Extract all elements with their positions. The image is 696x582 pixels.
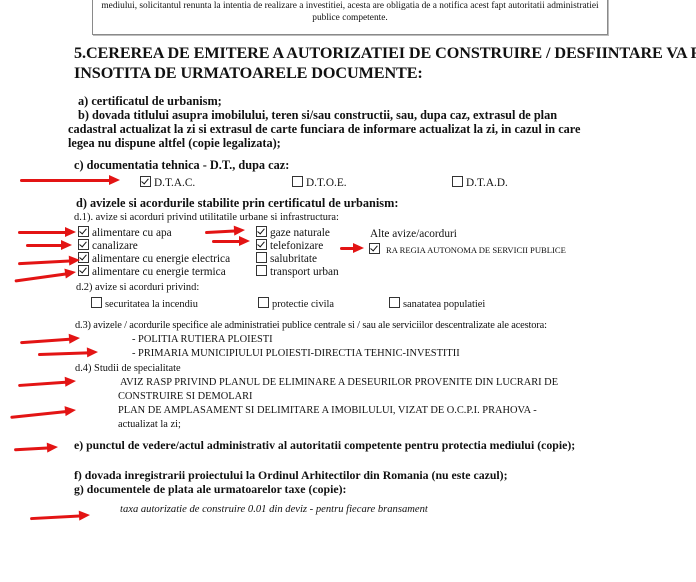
item-d1: d.1). avize si acorduri privind utilitat… — [74, 212, 339, 223]
item-f: f) dovada inregistrarii proiectului la O… — [74, 468, 508, 483]
item-d3: d.3) avizele / acordurile specifice ale … — [75, 320, 547, 331]
checkbox-unchecked[interactable] — [256, 252, 267, 263]
section-title-line2: INSOTITA DE URMATOARELE DOCUMENTE: — [74, 63, 423, 84]
d1-other-option[interactable]: RA REGIA AUTONOMA DE SERVICII PUBLICE — [369, 243, 566, 255]
checkbox-checked[interactable] — [256, 239, 267, 250]
d1-option[interactable]: salubritate — [256, 252, 339, 265]
item-e: e) punctul de vedere/actul administrativ… — [74, 438, 575, 453]
item-b-line3: legea nu dispune altfel (copie legalizat… — [68, 136, 281, 151]
item-b-line2: cadastral actualizat la zi si extrasul d… — [68, 122, 581, 137]
red-arrow-icon — [20, 333, 81, 347]
checkbox-checked[interactable] — [140, 176, 151, 187]
d4-item2-line2: actualizat la zi; — [118, 419, 181, 430]
g-tax-line: taxa autorizatie de construire 0.01 din … — [120, 504, 428, 515]
notice-box: mediului, solicitantul renunta la intent… — [92, 0, 608, 35]
d3-list-item: - POLITIA RUTIERA PLOIESTI — [132, 334, 273, 345]
checkbox-checked[interactable] — [78, 239, 89, 250]
d2-option[interactable]: sanatatea populatiei — [389, 297, 485, 310]
red-arrow-icon — [10, 405, 77, 422]
d1-option[interactable]: telefonizare — [256, 239, 339, 252]
red-arrow-icon — [18, 227, 76, 237]
red-arrow-icon — [26, 240, 72, 250]
d1-other-title: Alte avize/acorduri — [370, 228, 457, 240]
item-c: c) documentatia tehnica - D.T., dupa caz… — [74, 158, 289, 173]
checkbox-unchecked[interactable] — [91, 297, 102, 308]
d4-item1-line1: AVIZ RASP PRIVIND PLANUL DE ELIMINARE A … — [120, 377, 558, 388]
checkbox-unchecked[interactable] — [292, 176, 303, 187]
option-dtad[interactable]: D.T.A.D. — [452, 176, 508, 189]
d1-option[interactable]: alimentare cu energie electrica — [78, 252, 230, 265]
red-arrow-icon — [20, 175, 120, 185]
d4-item1-line2: CONSTRUIRE SI DEMOLARI — [118, 391, 253, 402]
item-g: g) documentele de plata ale urmatoarelor… — [74, 482, 346, 497]
checkbox-checked[interactable] — [78, 226, 89, 237]
d4-item2-line1: PLAN DE AMPLASAMENT SI DELIMITARE A IMOB… — [118, 405, 537, 416]
item-d: d) avizele si acordurile stabilite prin … — [76, 196, 398, 211]
checkbox-checked[interactable] — [78, 265, 89, 276]
d1-option[interactable]: canalizare — [78, 239, 230, 252]
d1-option[interactable]: transport urban — [256, 265, 339, 278]
item-d4: d.4) Studii de specialitate — [75, 363, 181, 374]
red-arrow-icon — [340, 243, 364, 253]
checkbox-unchecked[interactable] — [256, 265, 267, 276]
checkbox-unchecked[interactable] — [389, 297, 400, 308]
red-arrow-icon — [212, 236, 250, 246]
checkbox-unchecked[interactable] — [452, 176, 463, 187]
d2-option[interactable]: securitatea la incendiu — [91, 297, 198, 310]
red-arrow-icon — [38, 347, 98, 359]
checkbox-unchecked[interactable] — [258, 297, 269, 308]
checkbox-checked[interactable] — [256, 226, 267, 237]
section-title-line1: 5.CEREREA DE EMITERE A AUTORIZATIEI DE C… — [74, 43, 696, 64]
item-a: a) certificatul de urbanism; — [78, 94, 222, 109]
item-d2: d.2) avize si acorduri privind: — [76, 282, 199, 293]
d3-list-item: - PRIMARIA MUNICIPIULUI PLOIESTI-DIRECTI… — [132, 348, 460, 359]
option-dtac[interactable]: D.T.A.C. — [140, 176, 195, 189]
red-arrow-icon — [14, 442, 58, 454]
d1-col2: gaze naturale telefonizare salubritate t… — [256, 226, 339, 278]
item-b-line1: b) dovada titlului asupra imobilului, te… — [78, 108, 557, 123]
red-arrow-icon — [18, 376, 77, 390]
d1-option[interactable]: gaze naturale — [256, 226, 339, 239]
d1-option[interactable]: alimentare cu energie termica — [78, 265, 230, 278]
red-arrow-icon — [30, 510, 90, 523]
d2-option[interactable]: protectie civila — [258, 297, 334, 310]
option-dtoe[interactable]: D.T.O.E. — [292, 176, 347, 189]
red-arrow-icon — [14, 267, 77, 286]
checkbox-checked[interactable] — [369, 243, 380, 254]
red-arrow-icon — [18, 255, 80, 268]
notice-text: mediului, solicitantul renunta la intent… — [99, 0, 601, 24]
